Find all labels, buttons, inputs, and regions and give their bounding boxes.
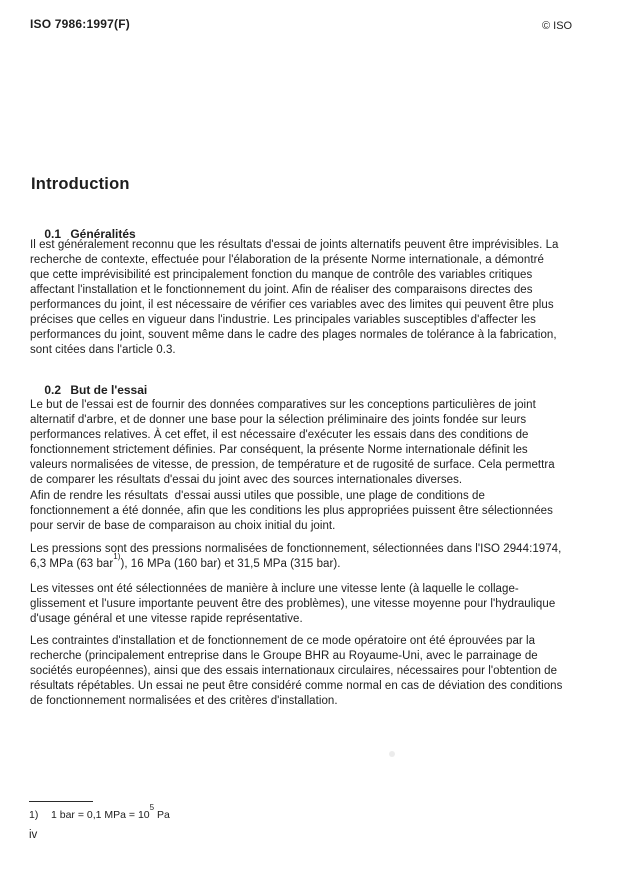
paragraph-pressions-line2-post: ), 16 MPa (160 bar) et 31,5 MPa (315 bar…: [120, 558, 340, 570]
footnote-divider: [29, 801, 93, 802]
paragraph-contraintes: Les contraintes d'installation et de fon…: [30, 634, 562, 709]
footnote-text: 1)1 bar = 0,1 MPa = 105 Pa: [29, 809, 170, 821]
footnote-body-post: Pa: [154, 809, 170, 821]
paragraph-pressions-line2-pre: 6,3 MPa (63 bar: [30, 558, 113, 570]
page-title: Introduction: [31, 175, 130, 194]
footnote-body-pre: 1 bar = 0,1 MPa = 10: [51, 809, 150, 821]
footnote-marker: 1): [29, 809, 51, 821]
paragraph-vitesses: Les vitesses ont été sélectionnées de ma…: [30, 582, 555, 627]
page-number: iv: [29, 829, 37, 841]
paragraph-but-essai-1: Le but de l'essai est de fournir des don…: [30, 398, 555, 488]
footnote-reference-1: 1): [113, 552, 120, 561]
document-reference: ISO 7986:1997(F): [30, 17, 130, 31]
footnote-exponent: 5: [150, 803, 154, 812]
document-page: ISO 7986:1997(F) © ISO Introduction 0.1G…: [0, 0, 622, 878]
paragraph-generalites: Il est généralement reconnu que les résu…: [30, 238, 558, 358]
copyright-notice: © ISO: [542, 20, 572, 32]
section-0-2-title: But de l'essai: [70, 383, 147, 397]
paragraph-pressions: Les pressions sont des pressions normali…: [30, 542, 561, 572]
section-0-2-number: 0.2: [44, 383, 70, 397]
paragraph-but-essai-2: Afin de rendre les résultats d'essai aus…: [30, 489, 553, 534]
paragraph-pressions-line1: Les pressions sont des pressions normali…: [30, 543, 561, 555]
scan-artifact-dot: [389, 751, 395, 757]
